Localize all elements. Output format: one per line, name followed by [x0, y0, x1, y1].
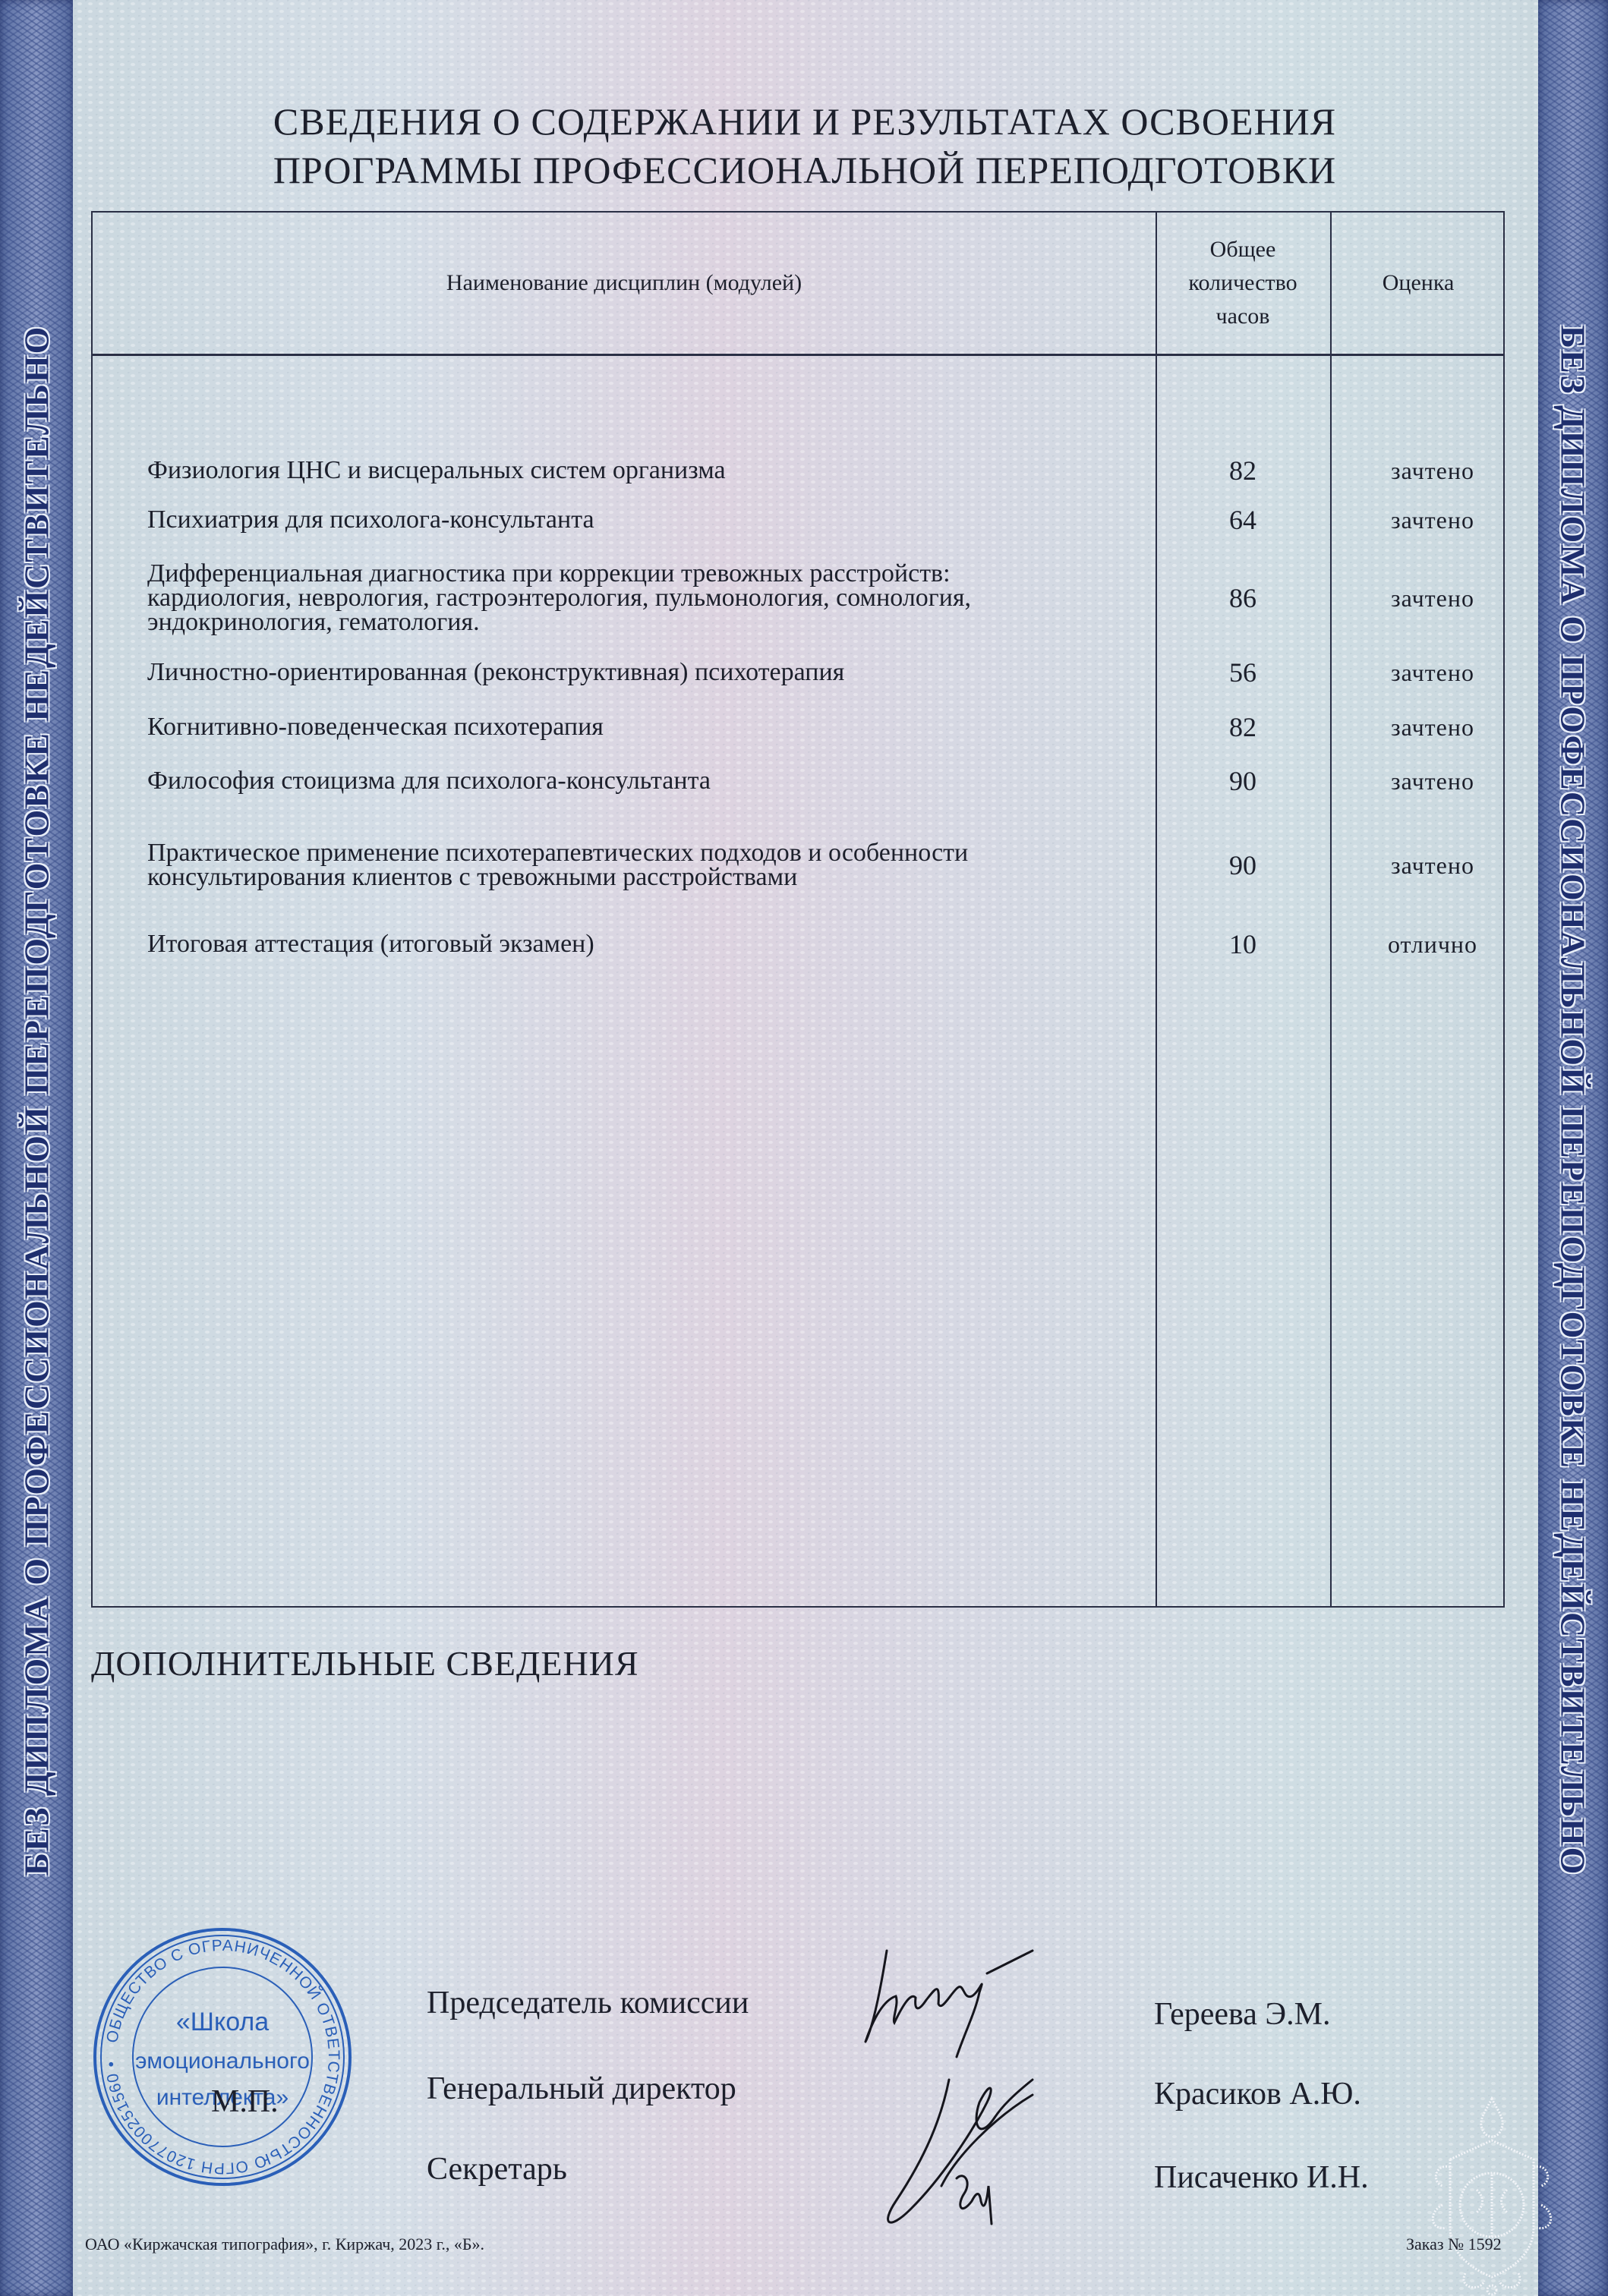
page-title: СВЕДЕНИЯ О СОДЕРЖАНИИ И РЕЗУЛЬТАТАХ ОСВО…: [228, 97, 1382, 194]
order-number: Заказ № 1592: [1406, 2235, 1502, 2254]
discipline-grade: зачтено: [1330, 506, 1535, 534]
signature-name-chairman: Гереева Э.М.: [1154, 1996, 1331, 2033]
discipline-name: Практическое применение психотерапевтиче…: [93, 841, 1042, 890]
signature-role-secretary: Секретарь: [427, 2151, 567, 2187]
discipline-name: Физиология ЦНС и висцеральных систем орг…: [93, 458, 1102, 483]
table-row: Психиатрия для психолога-консультанта 64…: [93, 503, 1506, 537]
discipline-grade: зачтено: [1330, 852, 1535, 880]
signature-role-director: Генеральный директор: [427, 2071, 736, 2107]
table-row: Итоговая аттестация (итоговый экзамен) 1…: [93, 928, 1506, 961]
security-text-left: БЕЗ ДИПЛОМА О ПРОФЕССИОНАЛЬНОЙ ПЕРЕПОДГО…: [17, 326, 57, 1876]
additional-info-heading: ДОПОЛНИТЕЛЬНЫЕ СВЕДЕНИЯ: [91, 1643, 639, 1683]
security-text-right: БЕЗ ДИПЛОМА О ПРОФЕССИОНАЛЬНОЙ ПЕРЕПОДГО…: [1553, 326, 1594, 1876]
table-row: Физиология ЦНС и висцеральных систем орг…: [93, 454, 1506, 487]
discipline-grade: отлично: [1330, 931, 1535, 959]
discipline-name: Психиатрия для психолога-консультанта: [93, 508, 1102, 532]
emblem-watermark-icon: [1420, 2091, 1564, 2296]
discipline-hours: 56: [1156, 657, 1330, 688]
table-row: Практическое применение психотерапевтиче…: [93, 820, 1506, 911]
security-border-left: БЕЗ ДИПЛОМА О ПРОФЕССИОНАЛЬНОЙ ПЕРЕПОДГО…: [0, 0, 73, 2296]
discipline-name: Философия стоицизма для психолога-консул…: [93, 769, 1102, 793]
discipline-name: Дифференциальная диагностика при коррекц…: [93, 562, 1064, 635]
discipline-hours: 64: [1156, 504, 1330, 536]
discipline-name: Итоговая аттестация (итоговый экзамен): [93, 932, 1102, 956]
discipline-hours: 82: [1156, 711, 1330, 743]
discipline-grade: зачтено: [1330, 584, 1535, 613]
signature-name-director: Красиков А.Ю.: [1154, 2076, 1361, 2112]
header-hours-line: количество: [1188, 266, 1297, 300]
seal-place-label: М.П.: [211, 2083, 279, 2120]
discipline-hours: 90: [1156, 765, 1330, 797]
header-total-hours: Общее количество часов: [1156, 213, 1330, 354]
discipline-name: Личностно-ориентированная (реконструктив…: [93, 660, 1102, 685]
header-divider: [93, 354, 1503, 356]
discipline-hours: 90: [1156, 849, 1330, 881]
header-hours-line: Общее: [1188, 233, 1297, 266]
discipline-hours: 86: [1156, 582, 1330, 614]
svg-text:«Школа: «Школа: [176, 2008, 269, 2036]
discipline-name: Когнитивно-поведенческая психотерапия: [93, 715, 1102, 739]
discipline-grade: зачтено: [1330, 713, 1535, 742]
security-border-right: БЕЗ ДИПЛОМА О ПРОФЕССИОНАЛЬНОЙ ПЕРЕПОДГО…: [1538, 0, 1608, 2296]
header-hours-line: часов: [1188, 300, 1297, 333]
table-row: Когнитивно-поведенческая психотерапия 82…: [93, 710, 1506, 744]
signature-name-secretary: Писаченко И.Н.: [1154, 2159, 1369, 2196]
header-discipline-name: Наименование дисциплин (модулей): [93, 213, 1156, 354]
discipline-hours: 10: [1156, 928, 1330, 960]
table-row: Философия стоицизма для психолога-консул…: [93, 764, 1506, 798]
signature-role-chairman: Председатель комиссии: [427, 1985, 749, 2021]
discipline-hours: 82: [1156, 455, 1330, 487]
printer-credit: ОАО «Киржачская типография», г. Киржач, …: [85, 2235, 484, 2254]
title-line-2: ПРОГРАММЫ ПРОФЕССИОНАЛЬНОЙ ПЕРЕПОДГОТОВК…: [228, 146, 1382, 194]
table-row: Личностно-ориентированная (реконструктив…: [93, 656, 1506, 689]
discipline-grade: зачтено: [1330, 767, 1535, 795]
handwritten-signatures: [850, 1928, 1108, 2247]
title-line-1: СВЕДЕНИЯ О СОДЕРЖАНИИ И РЕЗУЛЬТАТАХ ОСВО…: [228, 97, 1382, 146]
discipline-grade: зачтено: [1330, 457, 1535, 485]
seal-stamp: ОБЩЕСТВО С ОГРАНИЧЕННОЙ ОТВЕТСТВЕННОСТЬЮ…: [90, 1924, 355, 2190]
header-grade: Оценка: [1330, 213, 1506, 354]
svg-text:эмоционального: эмоционального: [135, 2049, 310, 2074]
table-row: Дифференциальная диагностика при коррекц…: [93, 553, 1506, 644]
discipline-grade: зачтено: [1330, 659, 1535, 687]
disciplines-table: Наименование дисциплин (модулей) Общее к…: [91, 211, 1505, 1608]
